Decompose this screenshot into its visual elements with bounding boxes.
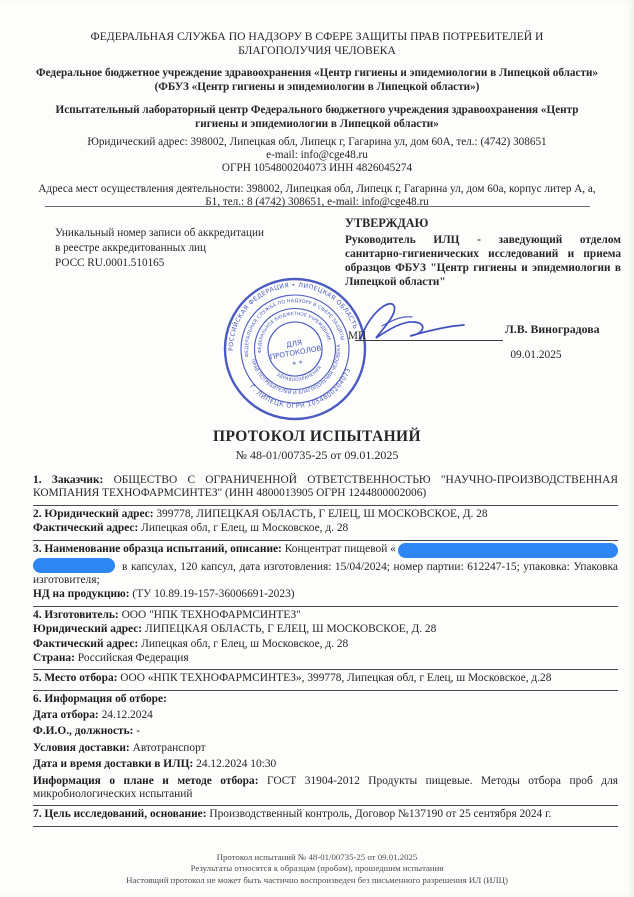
delivery-datetime-value: 24.12.2024 10:30	[196, 758, 276, 770]
document-title: ПРОТОКОЛ ИСПЫТАНИЙ	[0, 428, 634, 446]
manufacturer-text: ООО "НПК ТЕХНОФАРМСИНТЕЗ"	[122, 609, 301, 621]
accreditation-line-1: Уникальный номер записи об аккредитации	[55, 226, 300, 241]
stamp-stars: * *	[292, 359, 304, 370]
approval-block: УТВЕРЖДАЮ Руководитель ИЛЦ - заведующий …	[345, 216, 621, 289]
sampling-place-text: ООО «НПК ТЕХНОФАРМСИНТЕЗ», 399778, Липец…	[120, 672, 551, 684]
page-footer: Протокол испытаний № 48-01/00735-25 от 0…	[0, 852, 634, 886]
footer-reproduction-note: Настоящий протокол не может быть частичн…	[0, 875, 634, 886]
accreditation-number: РОСС RU.0001.510165	[55, 256, 300, 271]
customer-label: 1. Заказчик:	[33, 474, 103, 486]
sampler-name-value: -	[136, 725, 140, 737]
actual-address-label: Фактический адрес:	[33, 522, 138, 534]
mp-label: МП	[348, 330, 366, 342]
manufacturer-actual-text: Липецкая обл, г Елец, ш Московское, д. 2…	[141, 638, 348, 650]
sampling-place-label: 5. Место отбора:	[33, 672, 117, 684]
legal-address-text: 399778, ЛИПЕЦКАЯ ОБЛАСТЬ, Г ЕЛЕЦ, Ш МОСК…	[156, 508, 487, 520]
sampling-info-label: 6. Информация об отборе:	[33, 693, 167, 705]
sample-text-after: в капсулах, 120 капсул, дата изготовлени…	[33, 561, 618, 586]
purpose-text: Производственный контроль, Договор №1371…	[209, 808, 551, 820]
approval-title: УТВЕРЖДАЮ	[345, 216, 621, 231]
protocol-document-page: ФЕДЕРАЛЬНАЯ СЛУЖБА ПО НАДЗОРУ В СФЕРЕ ЗА…	[0, 0, 634, 897]
sampling-date-value: 24.12.2024	[102, 709, 153, 721]
manufacturer-legal-text: ЛИПЕЦКАЯ ОБЛАСТЬ, Г ЕЛЕЦ, Ш МОСКОВСКОЕ, …	[145, 623, 436, 635]
approver-position: Руководитель ИЛЦ - заведующий отделом са…	[345, 233, 621, 289]
section-manufacturer: 4. Изготовитель: ООО "НПК ТЕХНОФАРМСИНТЕ…	[33, 607, 618, 671]
country-label: Страна:	[33, 652, 75, 664]
section-customer: 1. Заказчик: ОБЩЕСТВО С ОГРАНИЧЕННОЙ ОТВ…	[33, 472, 618, 506]
lab-center-name: Испытательный лабораторный центр Федерал…	[43, 104, 591, 132]
ogrn-inn-line: ОГРН 1054800204073 ИНН 4826045274	[30, 162, 604, 175]
delivery-conditions-label: Условия доставки:	[33, 742, 130, 754]
delivery-conditions-value: Автотранспорт	[133, 742, 206, 754]
approval-date: 09.01.2025	[481, 349, 591, 361]
footer-protocol-number: Протокол испытаний № 48-01/00735-25 от 0…	[0, 852, 634, 863]
legal-address-line: Юридический адрес: 398002, Липецкая обл,…	[30, 136, 604, 149]
sampler-name-label: Ф.И.О., должность:	[33, 725, 133, 737]
header-divider	[45, 206, 590, 207]
customer-text: ОБЩЕСТВО С ОГРАНИЧЕННОЙ ОТВЕТСТВЕННОСТЬЮ…	[33, 474, 618, 499]
legal-address-label: 2. Юридический адрес:	[33, 508, 154, 520]
agency-name: ФЕДЕРАЛЬНАЯ СЛУЖБА ПО НАДЗОРУ В СФЕРЕ ЗА…	[57, 30, 577, 58]
sampling-method-label: Информация о плане и методе отбора:	[33, 775, 259, 787]
organization-full-name: Федеральное бюджетное учреждение здравоо…	[30, 67, 604, 81]
section-purpose: 7. Цель исследований, основание: Произво…	[33, 806, 618, 826]
nd-label: НД на продукцию:	[33, 588, 130, 600]
section-legal-address: 2. Юридический адрес: 399778, ЛИПЕЦКАЯ О…	[33, 506, 618, 541]
accreditation-line-2: в реестре аккредитованных лиц	[55, 241, 300, 256]
actual-address-text: Липецкая обл, г Елец, ш Московское, д. 2…	[141, 522, 348, 534]
footer-results-note: Результаты относятся к образцам (пробам)…	[0, 863, 634, 874]
protocol-body: 1. Заказчик: ОБЩЕСТВО С ОГРАНИЧЕННОЙ ОТВ…	[33, 472, 618, 827]
delivery-datetime-label: Дата и время доставки в ИЛЦ:	[33, 758, 193, 770]
section-sample: 3. Наименование образца испытаний, описа…	[33, 541, 618, 607]
manufacturer-actual-label: Фактический адрес:	[33, 638, 138, 650]
email-line: e-mail: info@cge48.ru	[30, 149, 604, 162]
nd-text: (ТУ 10.89.19-157-36006691-2023)	[132, 588, 294, 600]
sample-text-before: Концентрат пищевой «	[285, 543, 396, 555]
purpose-label: 7. Цель исследований, основание:	[33, 808, 207, 820]
document-title-block: ПРОТОКОЛ ИСПЫТАНИЙ № 48-01/00735-25 от 0…	[0, 428, 634, 463]
document-number: № 48-01/00735-25 от 09.01.2025	[0, 448, 634, 463]
redaction-box-sample-name-2	[33, 558, 115, 573]
letterhead: ФЕДЕРАЛЬНАЯ СЛУЖБА ПО НАДЗОРУ В СФЕРЕ ЗА…	[30, 30, 604, 210]
section-sampling-info: 6. Информация об отборе: Дата отбора: 24…	[33, 691, 618, 807]
organization-short-name: (ФБУЗ «Центр гигиены и эпидемиологии в Л…	[30, 81, 604, 95]
section-sampling-place: 5. Место отбора: ООО «НПК ТЕХНОФАРМСИНТЕ…	[33, 670, 618, 690]
redaction-box-sample-name	[398, 543, 618, 558]
sample-label: 3. Наименование образца испытаний, описа…	[33, 543, 282, 555]
manufacturer-label: 4. Изготовитель:	[33, 609, 119, 621]
country-text: Российская Федерация	[78, 652, 189, 664]
organization-block: Федеральное бюджетное учреждение здравоо…	[30, 67, 604, 95]
signature-line	[355, 340, 503, 341]
sampling-date-label: Дата отбора:	[33, 709, 99, 721]
round-stamp: РОССИЙСКАЯ ФЕДЕРАЦИЯ • ЛИПЕЦКАЯ ОБЛАСТЬ …	[210, 264, 379, 433]
signature-ink	[352, 296, 510, 346]
manufacturer-legal-label: Юридический адрес:	[33, 623, 142, 635]
accreditation-block: Уникальный номер записи об аккредитации …	[55, 226, 300, 270]
signer-name: Л.В. Виноградова	[505, 322, 600, 337]
